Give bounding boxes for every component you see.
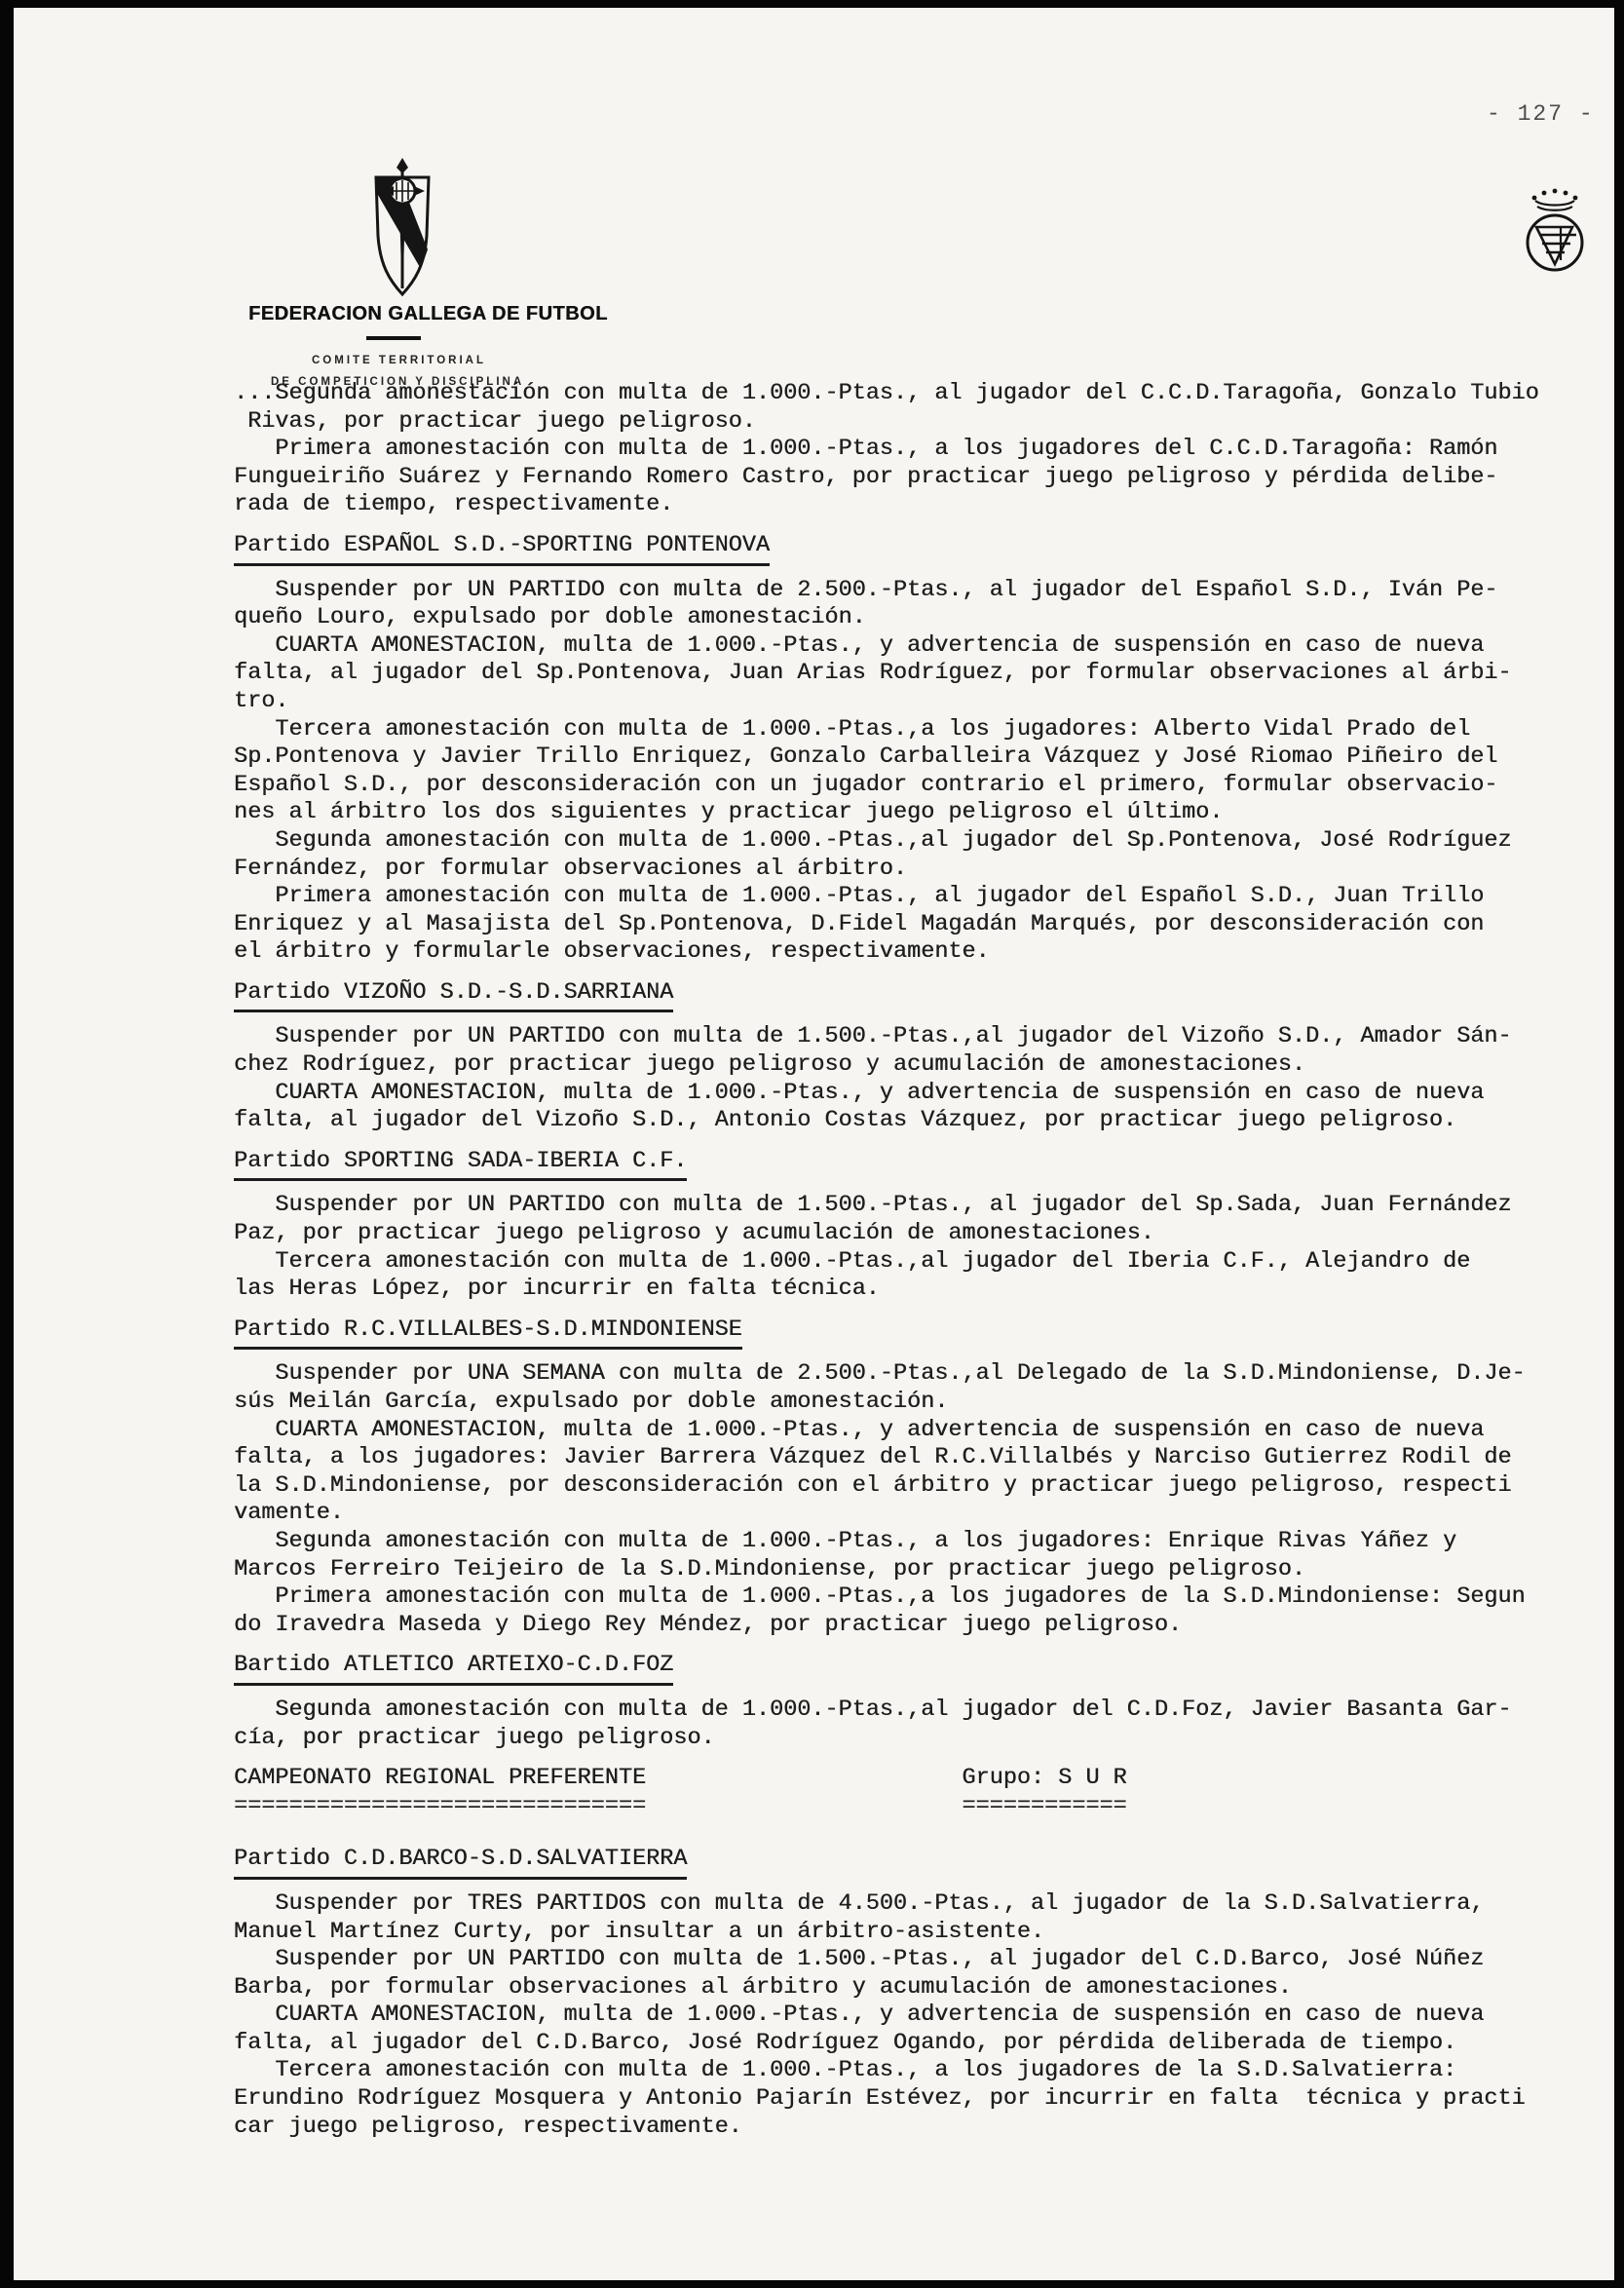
match-heading: Partido SPORTING SADA-IBERIA C.F. (234, 1148, 1598, 1182)
sanction-text-line: Suspender por UN PARTIDO con multa de 1.… (234, 1946, 1598, 1974)
sanction-text-line: Tercera amonestación con multa de 1.000.… (234, 2057, 1598, 2085)
competition-section-title: CAMPEONATO REGIONAL PREFERENTE Grupo: S … (234, 1765, 1598, 1793)
sanction-text-line: falta, al jugador del Sp.Pontenova, Juan… (234, 660, 1598, 688)
match-heading: Bartido ATLETICO ARTEIXO-C.D.FOZ (234, 1652, 1598, 1686)
sanction-text-line: Paz, por practicar juego peligroso y acu… (234, 1220, 1598, 1248)
match-heading: Partido ESPAÑOL S.D.-SPORTING PONTENOVA (234, 532, 1598, 566)
document-page: FEDERACION GALLEGA DE FUTBOL COMITE TERR… (14, 8, 1614, 2280)
sanction-text-line: rada de tiempo, respectivamente. (234, 491, 1598, 519)
sanction-text-line: ...Segunda amonestación con multa de 1.0… (234, 380, 1598, 408)
letterhead-divider (366, 336, 421, 340)
sanction-text-line: falta, al jugador del Vizoño S.D., Anton… (234, 1107, 1598, 1135)
sanction-text-line: do Iravedra Maseda y Diego Rey Méndez, p… (234, 1612, 1598, 1640)
sanction-text-line: chez Rodríguez, por practicar juego peli… (234, 1051, 1598, 1080)
match-heading: Partido R.C.VILLALBES-S.D.MINDONIENSE (234, 1316, 1598, 1351)
sanction-text-line: Español S.D., por desconsideración con u… (234, 772, 1598, 800)
match-heading: Partido C.D.BARCO-S.D.SALVATIERRA (234, 1846, 1598, 1880)
scanned-document: { "page_number": "- 127 -", "letterhead"… (0, 0, 1624, 2288)
sanction-text-line: CUARTA AMONESTACION, multa de 1.000.-Pta… (234, 1080, 1598, 1108)
page-number: - 127 - (1487, 101, 1595, 127)
sanction-text-line: la S.D.Mindoniense, por desconsideración… (234, 1472, 1598, 1501)
sanction-text-line: Fernández, por formular observaciones al… (234, 856, 1598, 884)
document-body: ...Segunda amonestación con multa de 1.0… (234, 380, 1598, 2141)
sanction-text-line: cía, por practicar juego peligroso. (234, 1725, 1598, 1753)
sanction-text-line: CUARTA AMONESTACION, multa de 1.000.-Pta… (234, 632, 1598, 661)
sanction-text-line: Suspender por TRES PARTIDOS con multa de… (234, 1890, 1598, 1919)
sanction-text-line: Primera amonestación con multa de 1.000.… (234, 1583, 1598, 1612)
match-heading: Partido VIZOÑO S.D.-S.D.SARRIANA (234, 979, 1598, 1013)
crowned-federation-crest-icon (1518, 178, 1592, 280)
committee-line-1: COMITE TERRITORIAL (312, 355, 486, 366)
sanction-text-line: Primera amonestación con multa de 1.000.… (234, 883, 1598, 911)
organization-name: FEDERACION GALLEGA DE FUTBOL (248, 303, 570, 325)
sanction-text-line: Segunda amonestación con multa de 1.000.… (234, 1528, 1598, 1556)
sanction-text-line: Suspender por UNA SEMANA con multa de 2.… (234, 1360, 1598, 1389)
sanction-text-line: Segunda amonestación con multa de 1.000.… (234, 1697, 1598, 1725)
sanction-text-line: Segunda amonestación con multa de 1.000.… (234, 827, 1598, 856)
sanction-text-line: nes al árbitro los dos siguientes y prac… (234, 799, 1598, 827)
sanction-text-line: Barba, por formular observaciones al árb… (234, 1974, 1598, 2002)
sanction-text-line: CUARTA AMONESTACION, multa de 1.000.-Pta… (234, 2002, 1598, 2030)
sanction-text-line: las Heras López, por incurrir en falta t… (234, 1276, 1598, 1304)
sanction-text-line: Suspender por UN PARTIDO con multa de 1.… (234, 1192, 1598, 1220)
sanction-text-line: falta, a los jugadores: Javier Barrera V… (234, 1444, 1598, 1472)
sanction-text-line: Suspender por UN PARTIDO con multa de 2.… (234, 577, 1598, 605)
sanction-text-line: Suspender por UN PARTIDO con multa de 1.… (234, 1023, 1598, 1051)
sanction-text-line: car juego peligroso, respectivamente. (234, 2114, 1598, 2142)
sanction-text-line: Fungueiriño Suárez y Fernando Romero Cas… (234, 464, 1598, 492)
sanction-text-line: falta, al jugador del C.D.Barco, José Ro… (234, 2030, 1598, 2058)
sanction-text-line: Rivas, por practicar juego peligroso. (234, 408, 1598, 437)
sanction-text-line: Enriquez y al Masajista del Sp.Pontenova… (234, 911, 1598, 939)
federation-shield-icon (366, 156, 438, 302)
competition-section-underline: ============================== =========… (234, 1793, 1598, 1821)
sanction-text-line: Sp.Pontenova y Javier Trillo Enriquez, G… (234, 744, 1598, 772)
sanction-text-line: vamente. (234, 1500, 1598, 1528)
sanction-text-line: Marcos Ferreiro Teijeiro de la S.D.Mindo… (234, 1556, 1598, 1584)
sanction-text-line: queño Louro, expulsado por doble amonest… (234, 604, 1598, 632)
sanction-text-line: Tercera amonestación con multa de 1.000.… (234, 1248, 1598, 1277)
sanction-text-line: Manuel Martínez Curty, por insultar a un… (234, 1919, 1598, 1947)
sanction-text-line: tro. (234, 688, 1598, 716)
sanction-text-line: Primera amonestación con multa de 1.000.… (234, 436, 1598, 464)
sanction-text-line: sús Meilán García, expulsado por doble a… (234, 1389, 1598, 1417)
sanction-text-line: CUARTA AMONESTACION, multa de 1.000.-Pta… (234, 1417, 1598, 1445)
sanction-text-line: Erundino Rodríguez Mosquera y Antonio Pa… (234, 2085, 1598, 2114)
sanction-text-line: Tercera amonestación con multa de 1.000.… (234, 716, 1598, 744)
sanction-text-line: el árbitro y formularle observaciones, r… (234, 938, 1598, 967)
